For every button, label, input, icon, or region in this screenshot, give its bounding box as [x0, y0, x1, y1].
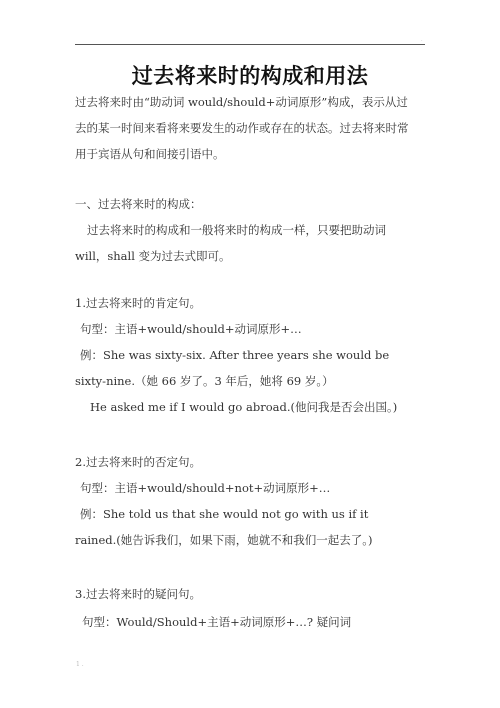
item2-pattern: 句型：主语+would/should+not+动词原形+…: [80, 481, 330, 495]
intro-line-2: 去的某一时间来看将来要发生的动作或存在的状态。过去将来时常: [75, 121, 409, 135]
item2-example-1: 例：She told us that she would not go with…: [80, 507, 368, 521]
header-mark: .: [421, 37, 423, 43]
item1-example-2: sixty-nine.（她 66 岁了。3 年后，她将 69 岁。）: [75, 374, 334, 388]
document-title: 过去将来时的构成和用法: [0, 60, 500, 90]
item3-heading: 3.过去将来时的疑问句。: [75, 587, 201, 601]
section1-body-1: 过去将来时的构成和一般将来时的构成一样，只要把助动词: [87, 223, 386, 237]
header-rule: [75, 44, 425, 45]
intro-line-3: 用于宾语从句和间接引语中。: [75, 147, 225, 161]
item1-heading: 1.过去将来时的肯定句。: [75, 296, 201, 310]
item1-example-3: He asked me if I would go abroad.(他问我是否会…: [90, 400, 397, 414]
footer-mark: 1 .: [76, 661, 84, 668]
item3-pattern: 句型：Would/Should+主语+动词原形+…? 疑问词: [82, 615, 351, 629]
intro-line-1: 过去将来时由“助动词 would/should+动词原形”构成，表示从过: [75, 95, 408, 109]
section1-body-2: will，shall 变为过去式即可。: [75, 249, 231, 263]
item1-example-1: 例：She was sixty-six. After three years s…: [80, 348, 389, 362]
item2-example-2: rained.(她告诉我们，如果下雨，她就不和我们一起去了。): [75, 533, 372, 547]
section1-heading: 一、过去将来时的构成：: [75, 197, 202, 211]
item1-pattern: 句型：主语+would/should+动词原形+…: [80, 322, 302, 336]
item2-heading: 2.过去将来时的否定句。: [75, 455, 201, 469]
